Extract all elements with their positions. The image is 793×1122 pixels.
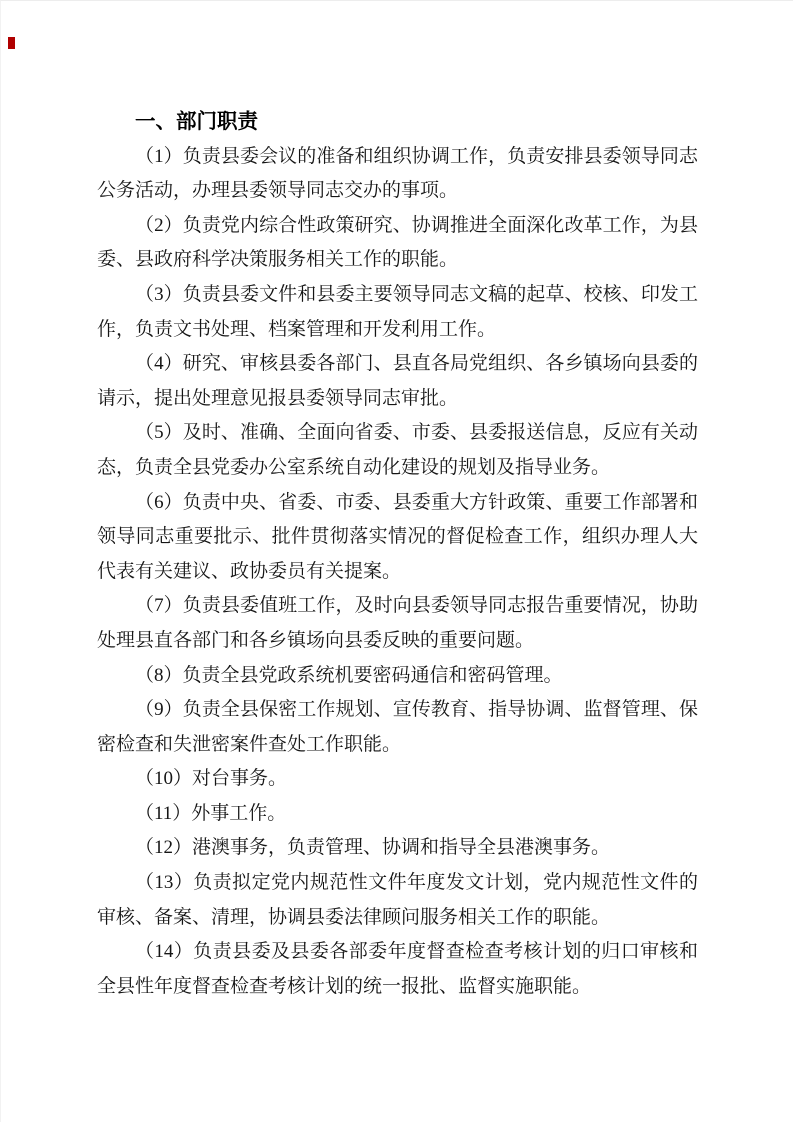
responsibility-item: （5）及时、准确、全面向省委、市委、县委报送信息，反应有关动态，负责全县党委办公… [97,416,698,485]
red-corner-mark [8,37,15,49]
responsibility-item: （8）负责全县党政系统机要密码通信和密码管理。 [97,659,698,694]
responsibility-item: （10）对台事务。 [97,762,698,797]
responsibility-item: （4）研究、审核县委各部门、县直各局党组织、各乡镇场向县委的请示，提出处理意见报… [97,347,698,416]
responsibility-item: （11）外事工作。 [97,797,698,832]
responsibility-item: （2）负责党内综合性政策研究、协调推进全面深化改革工作，为县委、县政府科学决策服… [97,209,698,278]
responsibility-item: （12）港澳事务，负责管理、协调和指导全县港澳事务。 [97,831,698,866]
responsibility-item: （1）负责县委会议的准备和组织协调工作，负责安排县委领导同志公务活动，办理县委领… [97,140,698,209]
responsibility-item: （14）负责县委及县委各部委年度督查检查考核计划的归口审核和全县性年度督查检查考… [97,935,698,1004]
responsibility-list: （1）负责县委会议的准备和组织协调工作，负责安排县委领导同志公务活动，办理县委领… [97,140,698,1005]
document-content: 一、部门职责 （1）负责县委会议的准备和组织协调工作，负责安排县委领导同志公务活… [97,105,698,1004]
responsibility-item: （3）负责县委文件和县委主要领导同志文稿的起草、校核、印发工作，负责文书处理、档… [97,278,698,347]
responsibility-item: （7）负责县委值班工作，及时向县委领导同志报告重要情况，协助处理县直各部门和各乡… [97,589,698,658]
responsibility-item: （6）负责中央、省委、市委、县委重大方针政策、重要工作部署和领导同志重要批示、批… [97,486,698,590]
document-page: 一、部门职责 （1）负责县委会议的准备和组织协调工作，负责安排县委领导同志公务活… [0,0,793,1122]
responsibility-item: （9）负责全县保密工作规划、宣传教育、指导协调、监督管理、保密检查和失泄密案件查… [97,693,698,762]
section-heading: 一、部门职责 [97,105,698,140]
responsibility-item: （13）负责拟定党内规范性文件年度发文计划，党内规范性文件的审核、备案、清理，协… [97,866,698,935]
